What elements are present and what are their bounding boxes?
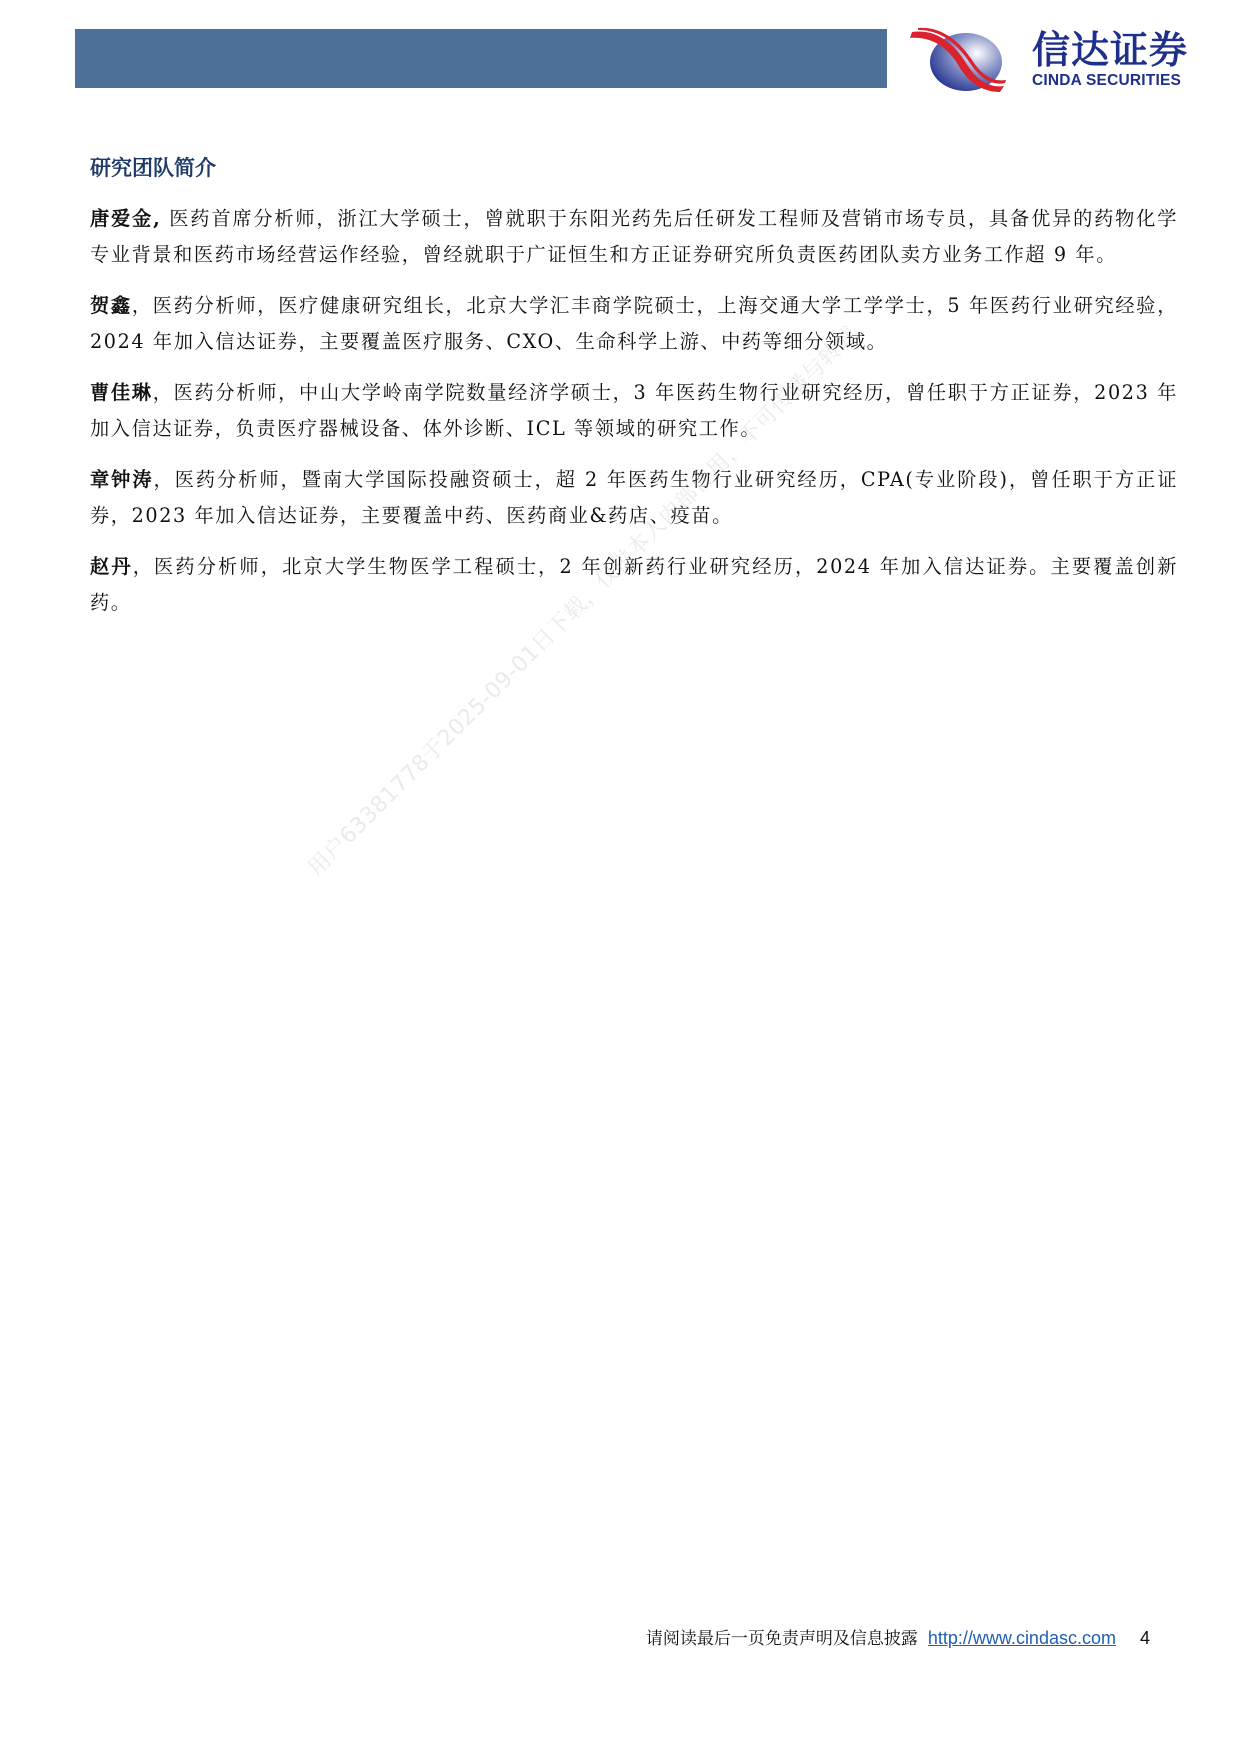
website-link[interactable]: http://www.cindasc.com	[928, 1625, 1116, 1651]
member-bio: 曹佳琳，医药分析师，中山大学岭南学院数量经济学硕士，3 年医药生物行业研究经历，…	[90, 375, 1178, 447]
company-logo: 信达证券 CINDA SECURITIES	[908, 26, 1218, 92]
member-desc: 医药分析师，中山大学岭南学院数量经济学硕士，3 年医药生物行业研究经历，曾任职于…	[90, 381, 1178, 440]
logo-name-cn: 信达证券	[1032, 28, 1188, 72]
member-name: 唐爱金	[90, 207, 153, 230]
footer-disclaimer: 请阅读最后一页免责声明及信息披露	[646, 1626, 918, 1652]
member-name: 曹佳琳	[90, 381, 153, 404]
section-title: 研究团队简介	[90, 153, 216, 183]
member-desc: 医药分析师，暨南大学国际投融资硕士，超 2 年医药生物行业研究经历，CPA(专业…	[90, 468, 1178, 527]
cinda-logo-icon	[908, 26, 1008, 92]
page-footer: 请阅读最后一页免责声明及信息披露 http://www.cindasc.com …	[646, 1625, 1150, 1652]
member-bio: 唐爱金, 医药首席分析师，浙江大学硕士，曾就职于东阳光药先后任研发工程师及营销市…	[90, 201, 1178, 273]
member-desc: 医药分析师，医疗健康研究组长，北京大学汇丰商学院硕士，上海交通大学工学学士，5 …	[90, 294, 1178, 353]
member-name: 章钟涛	[90, 468, 154, 491]
member-bio: 章钟涛，医药分析师，暨南大学国际投融资硕士，超 2 年医药生物行业研究经历，CP…	[90, 462, 1178, 534]
member-name: 贺鑫	[90, 294, 132, 317]
member-name: 赵丹	[90, 555, 133, 578]
logo-name-en: CINDA SECURITIES	[1032, 72, 1181, 90]
member-desc: 医药首席分析师，浙江大学硕士，曾就职于东阳光药先后任研发工程师及营销市场专员，具…	[90, 207, 1178, 266]
member-bio: 贺鑫，医药分析师，医疗健康研究组长，北京大学汇丰商学院硕士，上海交通大学工学学士…	[90, 288, 1178, 360]
header-banner	[75, 29, 887, 88]
page-number: 4	[1140, 1625, 1150, 1651]
team-intro: 唐爱金, 医药首席分析师，浙江大学硕士，曾就职于东阳光药先后任研发工程师及营销市…	[90, 201, 1178, 636]
